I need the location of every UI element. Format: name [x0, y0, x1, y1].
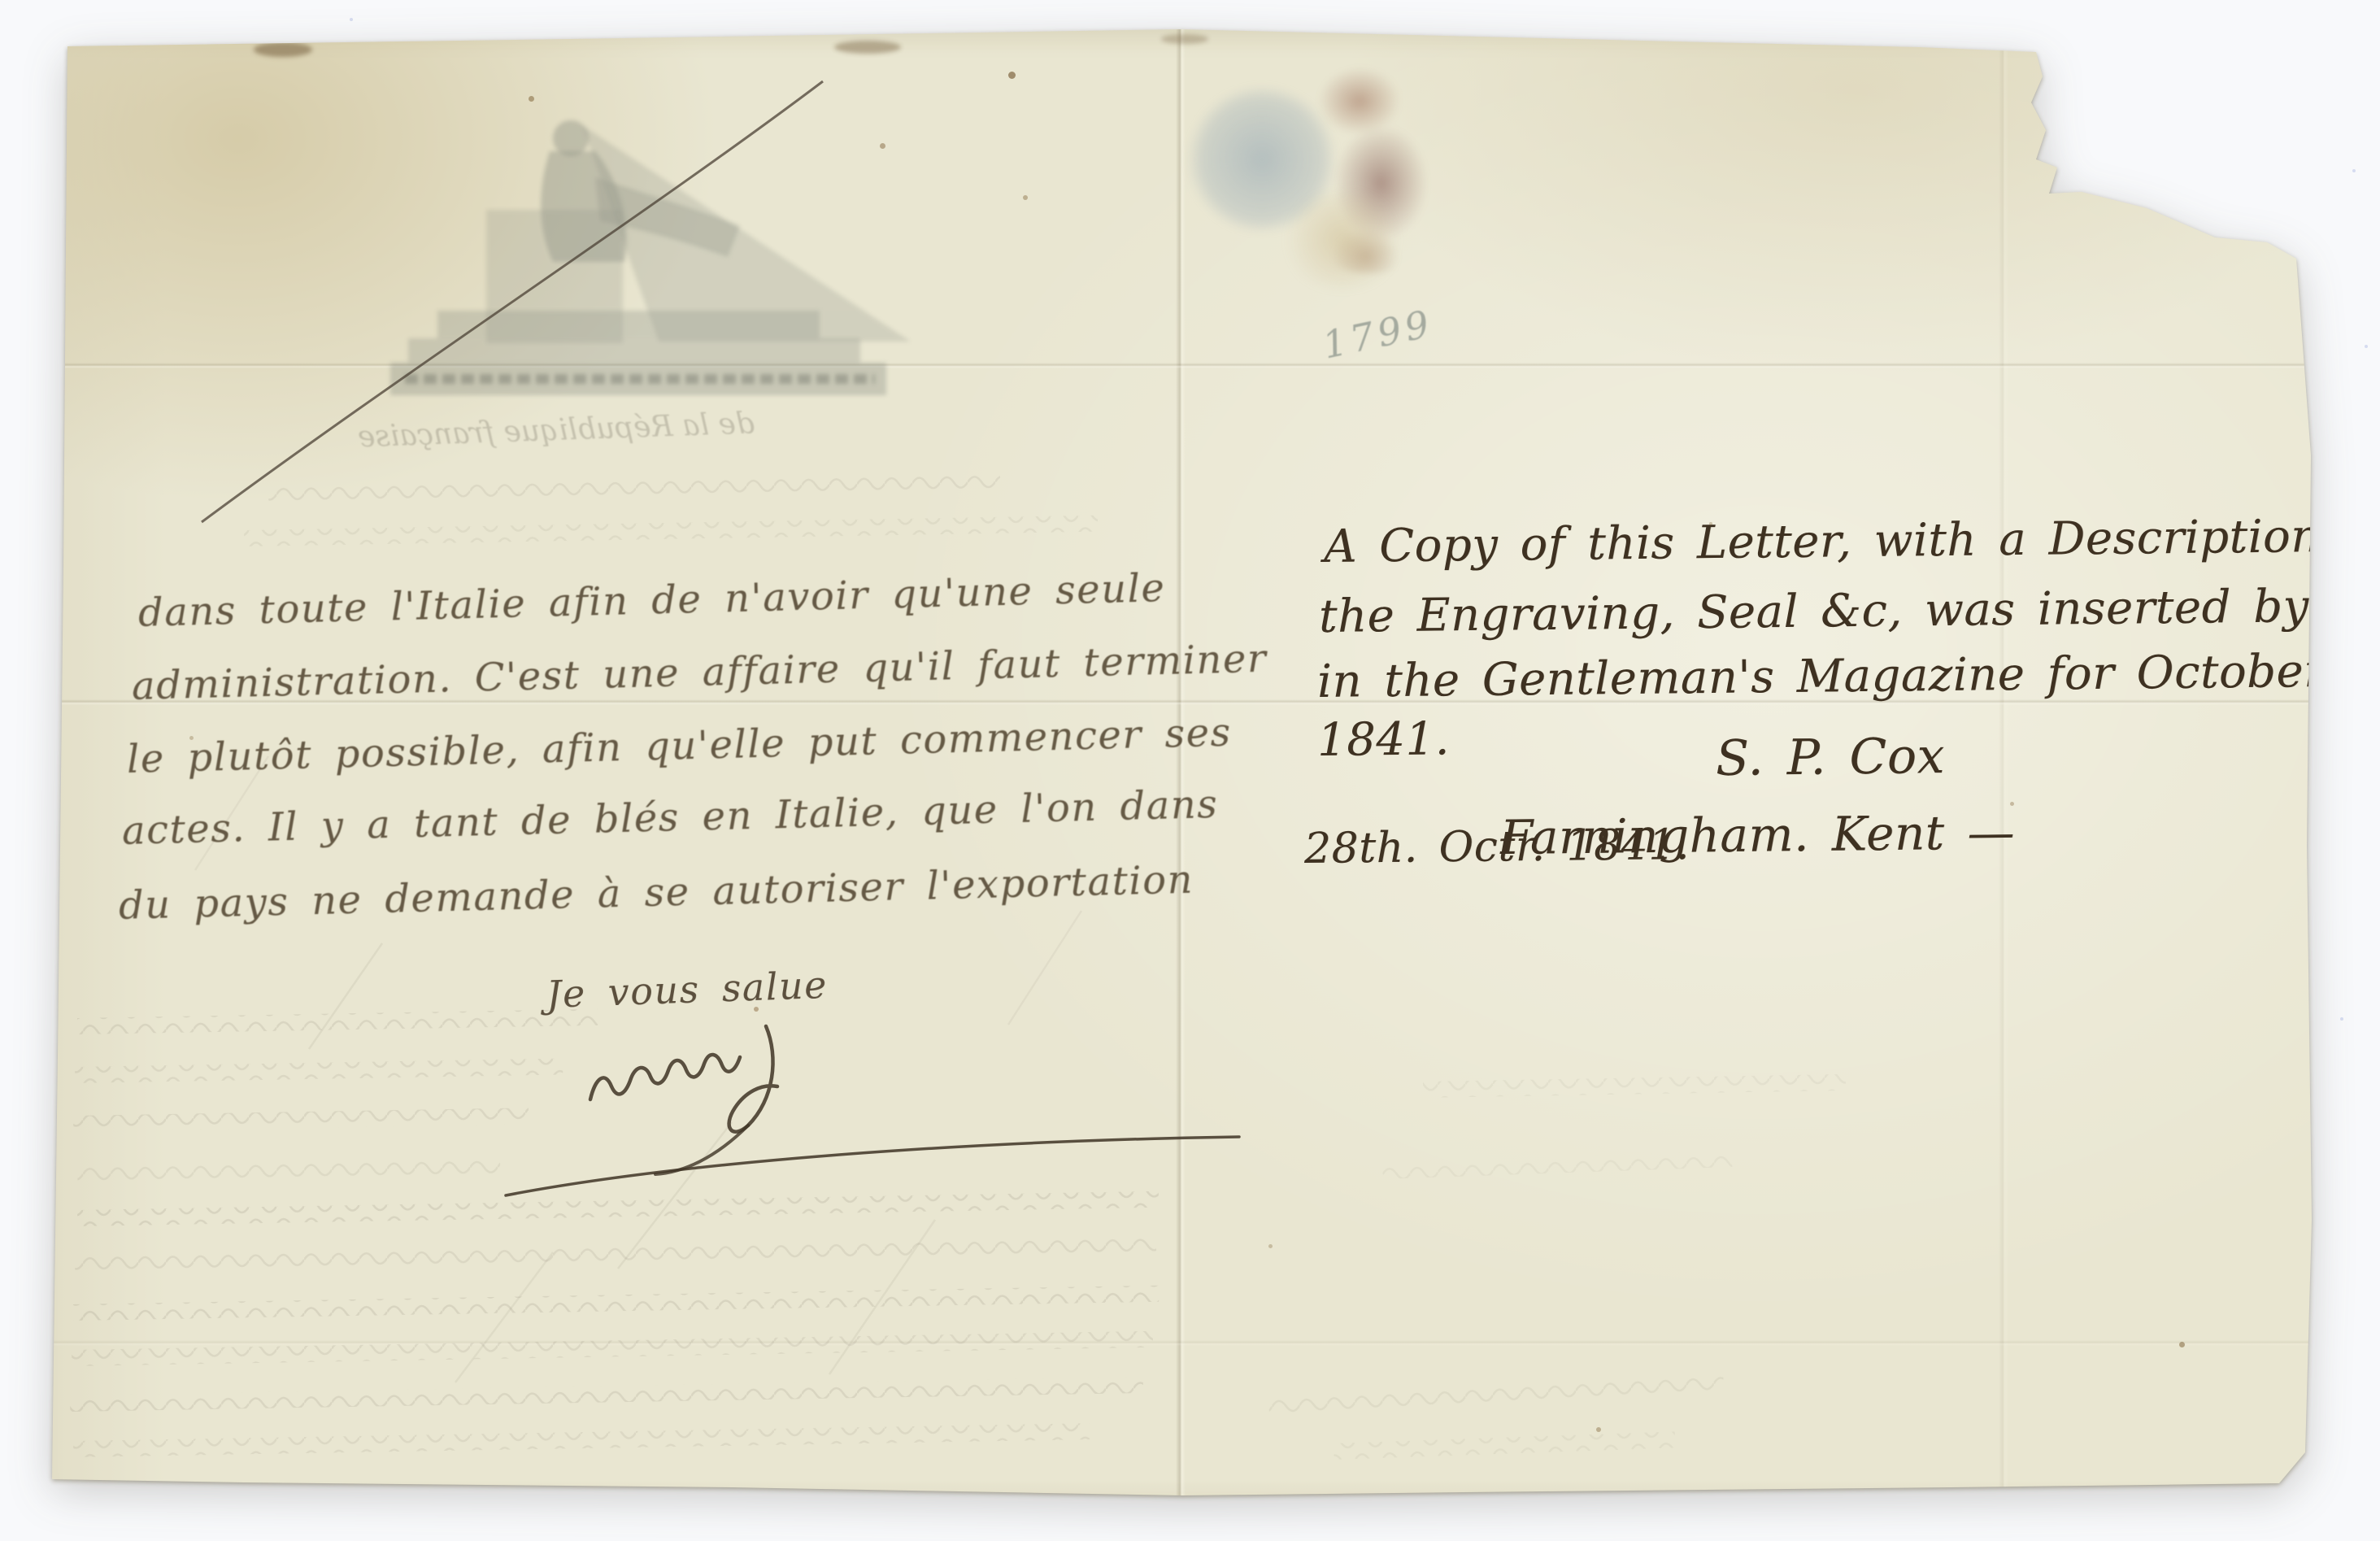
letter-sheet: de la République française [0, 0, 2380, 1541]
french-line-2: administration. C'est une affaire qu'il … [131, 636, 1268, 709]
ghost-caption-mirrored: de la République française [120, 407, 755, 462]
english-annotation-line-3: in the Gentleman's Magazine for October … [1317, 644, 2380, 708]
foxing-spot [880, 143, 885, 149]
seated-figure-silhouette [390, 120, 911, 395]
ghost-flourish-strokes [195, 756, 1081, 1382]
french-line-4: actes. Il y a tant de blés en Italie, qu… [121, 781, 1219, 854]
horizontal-crease-lower [0, 1340, 2380, 1346]
french-line-3: le plutôt possible, afin qu'elle put com… [126, 710, 1232, 782]
edge-smudge [254, 42, 312, 57]
tan-stain [1281, 192, 1403, 288]
foxing-spot [1008, 72, 1016, 79]
center-fold-crease [1176, 0, 1186, 1541]
letter-sheet-shadow: de la République française [0, 0, 2380, 1541]
french-closing: Je vous salue [546, 963, 829, 1016]
right-page-vertical-crease [1999, 0, 2008, 1541]
french-line-5: du pays ne demande à se autoriser l'expo… [118, 857, 1194, 929]
english-annotation-line-1: A Copy of this Letter, with a Descriptio… [1324, 509, 2380, 573]
edge-smudge [1161, 34, 1208, 44]
cox-signature: S. P. Cox [1716, 728, 1946, 787]
blue-circular-stain [1189, 88, 1335, 231]
foxing-spot [189, 736, 194, 740]
foxing-spot [2179, 1342, 2185, 1347]
edge-smudge [834, 41, 901, 54]
engraved-vignette [390, 73, 911, 415]
foxing-spot [2010, 802, 2014, 806]
foxing-spot [1023, 195, 1028, 200]
pencil-date-annotation: 1799 [1319, 301, 1437, 367]
signature-flourish-underline [506, 1137, 1239, 1195]
english-annotation-line-4: 1841. [1317, 712, 1450, 767]
foxing-spot [1709, 522, 1712, 525]
bonaparte-signature-scrawl [506, 1026, 1239, 1195]
french-line-1: dans toute l'Italie afin de n'avoir qu'u… [137, 565, 1166, 636]
english-annotation-line-2: the Engraving, Seal &c, was inserted by … [1319, 579, 2380, 643]
foxing-spot [529, 96, 534, 102]
horizontal-crease-upper [0, 363, 2380, 368]
wax-seal-stain [1294, 68, 1449, 273]
foxing-spot [1268, 1244, 1273, 1248]
photo-background: de la République française [0, 0, 2380, 1541]
cox-date: 28th. Octr. 1841. [1304, 821, 1690, 873]
foxing-spot [754, 1007, 759, 1012]
foxing-spot [1596, 1427, 1601, 1432]
